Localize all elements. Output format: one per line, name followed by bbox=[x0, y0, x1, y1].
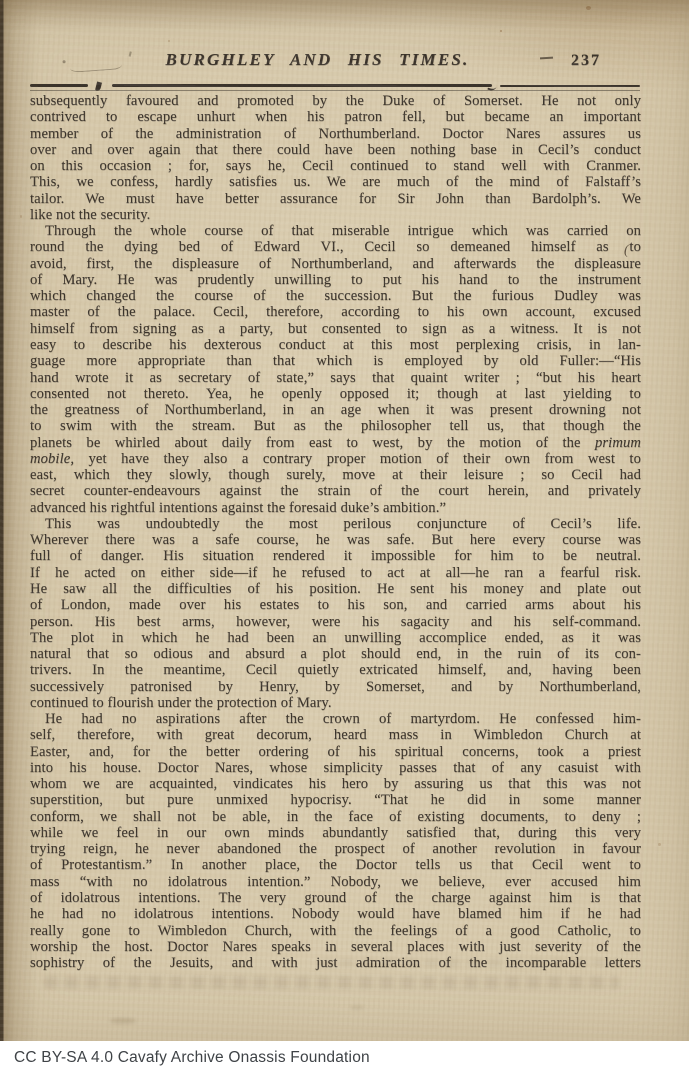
text-line: planets be whirled about daily from east… bbox=[30, 435, 641, 451]
text-line: east, which they slowly, though surely, … bbox=[30, 467, 641, 483]
text-line: successively patronised by Henry, by Som… bbox=[30, 679, 641, 695]
text-line: trivers. In the meantime, Cecil quietly … bbox=[30, 662, 641, 678]
text-line: Wherever there was a safe course, he was… bbox=[30, 532, 641, 548]
page-text: subsequently favoured and promoted by th… bbox=[30, 93, 641, 971]
text-line: on this occasion ; for, says he, Cecil c… bbox=[30, 158, 641, 174]
ink-showthrough bbox=[44, 976, 619, 989]
text-line: superstition, but pure unmixed hypocrisy… bbox=[30, 792, 641, 808]
text-line: of London, made over his estates to his … bbox=[30, 597, 641, 613]
license-caption-bar: CC BY-SA 4.0 Cavafy Archive Onassis Foun… bbox=[0, 1041, 689, 1075]
text-line: This was undoubtedly the most perilous c… bbox=[30, 516, 641, 532]
text-line: of Mary. He was prudently unwilling to p… bbox=[30, 272, 641, 288]
license-text: CC BY-SA 4.0 Cavafy Archive Onassis Foun… bbox=[14, 1041, 689, 1075]
text-line: into his house. Doctor Nares, whose simp… bbox=[30, 760, 641, 776]
text-line: avoid, first, the displeasure of Northum… bbox=[30, 256, 641, 272]
text-line: The plot in which he had been an unwilli… bbox=[30, 630, 641, 646]
text-line: to swim with the stream. But as the phil… bbox=[30, 418, 641, 434]
header-rule-segment bbox=[30, 84, 88, 87]
text-line: himself from signing as a party, but con… bbox=[30, 321, 641, 337]
book-page-scan: BURGHLEY AND HIS TIMES. 237 subsequently… bbox=[0, 0, 689, 1075]
text-line: round the dying bed of Edward VI., Cecil… bbox=[30, 239, 641, 255]
text-line: self, therefore, with great decorum, hea… bbox=[30, 727, 641, 743]
paper-smudge bbox=[110, 1018, 136, 1024]
text-line: trying reign, he never abandoned the pro… bbox=[30, 841, 641, 857]
paper-speck bbox=[168, 40, 170, 42]
text-line: whom we are acquainted, vindicates his h… bbox=[30, 776, 641, 792]
text-line: worship the host. Doctor Nares speaks in… bbox=[30, 939, 641, 955]
text-line: the greatness of Northumberland, in an a… bbox=[30, 402, 641, 418]
text-line: mass “with no idolatrous intention.” Nob… bbox=[30, 874, 641, 890]
paper-speck bbox=[500, 30, 502, 32]
text-line: he had no idolatrous intentions. Nobody … bbox=[30, 906, 641, 922]
paper-speck bbox=[612, 820, 614, 822]
text-line: of Protestantism.” In another place, the… bbox=[30, 857, 641, 873]
text-line: member of the administration of Northumb… bbox=[30, 126, 641, 142]
running-head-title: BURGHLEY AND HIS TIMES. bbox=[30, 50, 641, 70]
text-line: secret counter-endeavours against the st… bbox=[30, 483, 641, 499]
text-line: Easter, and, for the better ordering of … bbox=[30, 744, 641, 760]
paper-speck bbox=[658, 843, 661, 846]
text-line: mobile, yet have they also a contrary pr… bbox=[30, 451, 641, 467]
ink-showthrough bbox=[320, 958, 620, 968]
text-line: conform, we shall not be able, in the fa… bbox=[30, 809, 641, 825]
text-line: hand wrote it as secretary of state,” sa… bbox=[30, 370, 641, 386]
text-line: master of the palace. Cecil, therefore, … bbox=[30, 304, 641, 320]
text-line: like not the security. bbox=[30, 207, 641, 223]
page-number: 237 bbox=[571, 52, 601, 70]
text-line: contrived to escape unhurt when his patr… bbox=[30, 109, 641, 125]
text-line: He saw all the difficulties of his posit… bbox=[30, 581, 641, 597]
text-line: natural that so odious and absurd a plot… bbox=[30, 646, 641, 662]
text-line: He had no aspirations after the crown of… bbox=[30, 711, 641, 727]
text-line: really gone to Wimbledon Church, with th… bbox=[30, 923, 641, 939]
text-line: full of danger. His situation rendered i… bbox=[30, 548, 641, 564]
text-line: This, we confess, hardly satisfies us. W… bbox=[30, 174, 641, 190]
text-line: tailor. We must have better assurance fo… bbox=[30, 191, 641, 207]
text-line: continued to flourish under the protecti… bbox=[30, 695, 641, 711]
text-line: advanced his rightful intentions against… bbox=[30, 500, 641, 516]
text-line: subsequently favoured and promoted by th… bbox=[30, 93, 641, 109]
text-line: of idolatrous intentions. The very groun… bbox=[30, 890, 641, 906]
text-line: consented not thereto. Yea, he openly op… bbox=[30, 386, 641, 402]
header-rule-thin-line bbox=[30, 90, 640, 91]
header-rule-segment bbox=[500, 85, 640, 87]
text-line: guage more appropriate than that which i… bbox=[30, 353, 641, 369]
paper-speck bbox=[20, 215, 22, 218]
paper-speck bbox=[586, 6, 591, 10]
text-line: If he acted on either side—if he refused… bbox=[30, 565, 641, 581]
text-line: which changed the course of the successi… bbox=[30, 288, 641, 304]
margin-paren-mark: ( bbox=[624, 243, 629, 259]
text-line: while we feel in our own minds abundantl… bbox=[30, 825, 641, 841]
text-line: Through the whole course of that miserab… bbox=[30, 223, 641, 239]
paper-smudge bbox=[350, 1005, 364, 1010]
text-line: over and over again that there could hav… bbox=[30, 142, 641, 158]
header-rule-segment bbox=[112, 84, 492, 87]
text-line: person. His best arms, however, were his… bbox=[30, 614, 641, 630]
text-line: easy to describe his dexterous conduct a… bbox=[30, 337, 641, 353]
